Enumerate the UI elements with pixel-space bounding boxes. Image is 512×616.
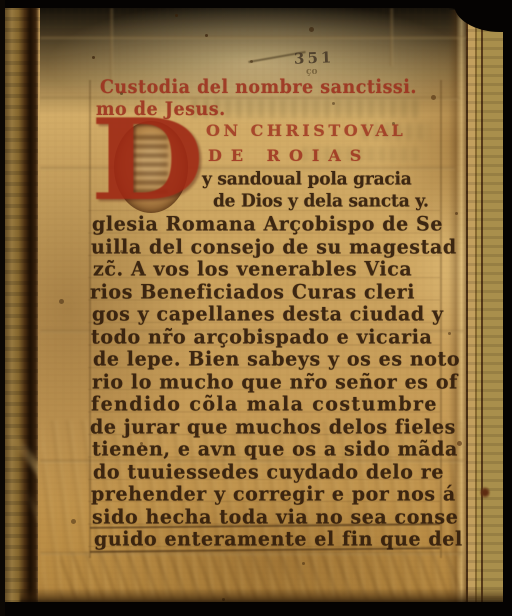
manuscript-photo: 351 ço Custodia del nombre sanctissi. mo… bbox=[0, 0, 512, 616]
vertical-fold bbox=[390, 8, 393, 66]
body-line: uilla del consejo de su magestad bbox=[91, 236, 457, 259]
fold-crease bbox=[40, 36, 466, 39]
photo-border-left bbox=[0, 0, 5, 616]
body-line: guido enteramente el fin que del bbox=[94, 528, 463, 551]
body-line: gos y capellanes desta ciudad y bbox=[92, 303, 444, 326]
vertical-fold bbox=[110, 8, 113, 80]
photo-border-right bbox=[503, 0, 512, 616]
body-line: do tuuiessedes cuydado delo re bbox=[93, 461, 444, 484]
body-line: zc̃. A vos los venerables Vica bbox=[93, 258, 412, 281]
body-line: sido hecha toda via no sea conse bbox=[92, 506, 458, 529]
book-fore-edge bbox=[466, 20, 504, 602]
photo-border-bottom bbox=[0, 602, 512, 616]
heading-line-4: de Dios y dela sancta y. bbox=[213, 191, 429, 212]
body-line: rio lo mucho que nr̃o señor es of bbox=[92, 371, 458, 394]
drop-cap-initial-d: D bbox=[90, 115, 202, 219]
body-line: todo nr̃o arçobispado e vicaria bbox=[91, 326, 432, 349]
folio-corner-mark: ço bbox=[306, 67, 317, 77]
body-line: tienen, e avn que os a sido mãda bbox=[92, 438, 458, 461]
body-line: prehender y corregir e por nos á bbox=[91, 483, 456, 506]
body-line: de lepe. Bien sabeys y os es noto bbox=[93, 348, 460, 371]
body-line: rios Beneficiados Curas cleri bbox=[90, 281, 415, 304]
heading-caps-1: ON CHRISTOVAL bbox=[206, 121, 406, 140]
photo-border-top bbox=[0, 0, 512, 8]
fore-edge-texture bbox=[466, 20, 504, 602]
body-line: de jurar que muchos delos fieles bbox=[90, 416, 456, 439]
heading-caps-2: DE ROIAS bbox=[208, 146, 370, 165]
drop-cap-letter: D bbox=[90, 109, 205, 213]
body-line: glesia Romana Arçobispo de Se bbox=[92, 213, 443, 236]
page-number: 351 bbox=[294, 48, 335, 67]
body-line: fendido cõla mala costumbre bbox=[91, 393, 438, 416]
ghost-showthrough bbox=[192, 99, 420, 118]
heading-line-3: y sandoual pola gracia bbox=[202, 169, 412, 190]
ink-spot bbox=[480, 486, 490, 499]
